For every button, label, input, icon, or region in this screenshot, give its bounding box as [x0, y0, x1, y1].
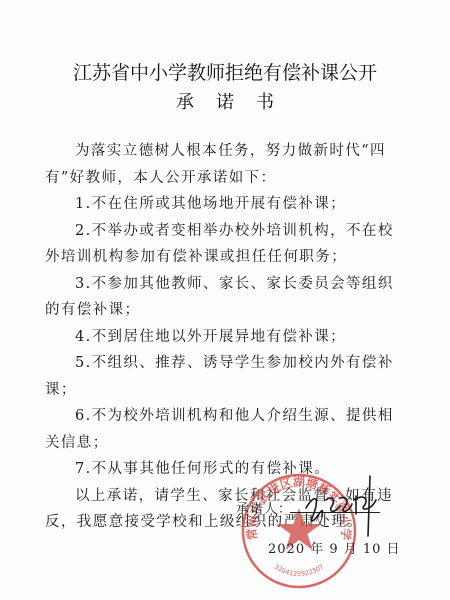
handwritten-signature-icon — [300, 470, 390, 540]
signatory-label: 承诺人： — [236, 498, 292, 517]
signature-block: 常州市武进区湖塘桥实验小学 3204125922307 承诺人： 2020 年 … — [0, 0, 450, 600]
commitment-letter-page: 江苏省中小学教师拒绝有偿补课公开 承诺书 为落实立德树人根本任务，努力做新时代“… — [0, 0, 450, 600]
svg-text:3204125922307: 3204125922307 — [273, 563, 326, 578]
signature-date: 2020 年 9 月 10 日 — [268, 538, 401, 557]
